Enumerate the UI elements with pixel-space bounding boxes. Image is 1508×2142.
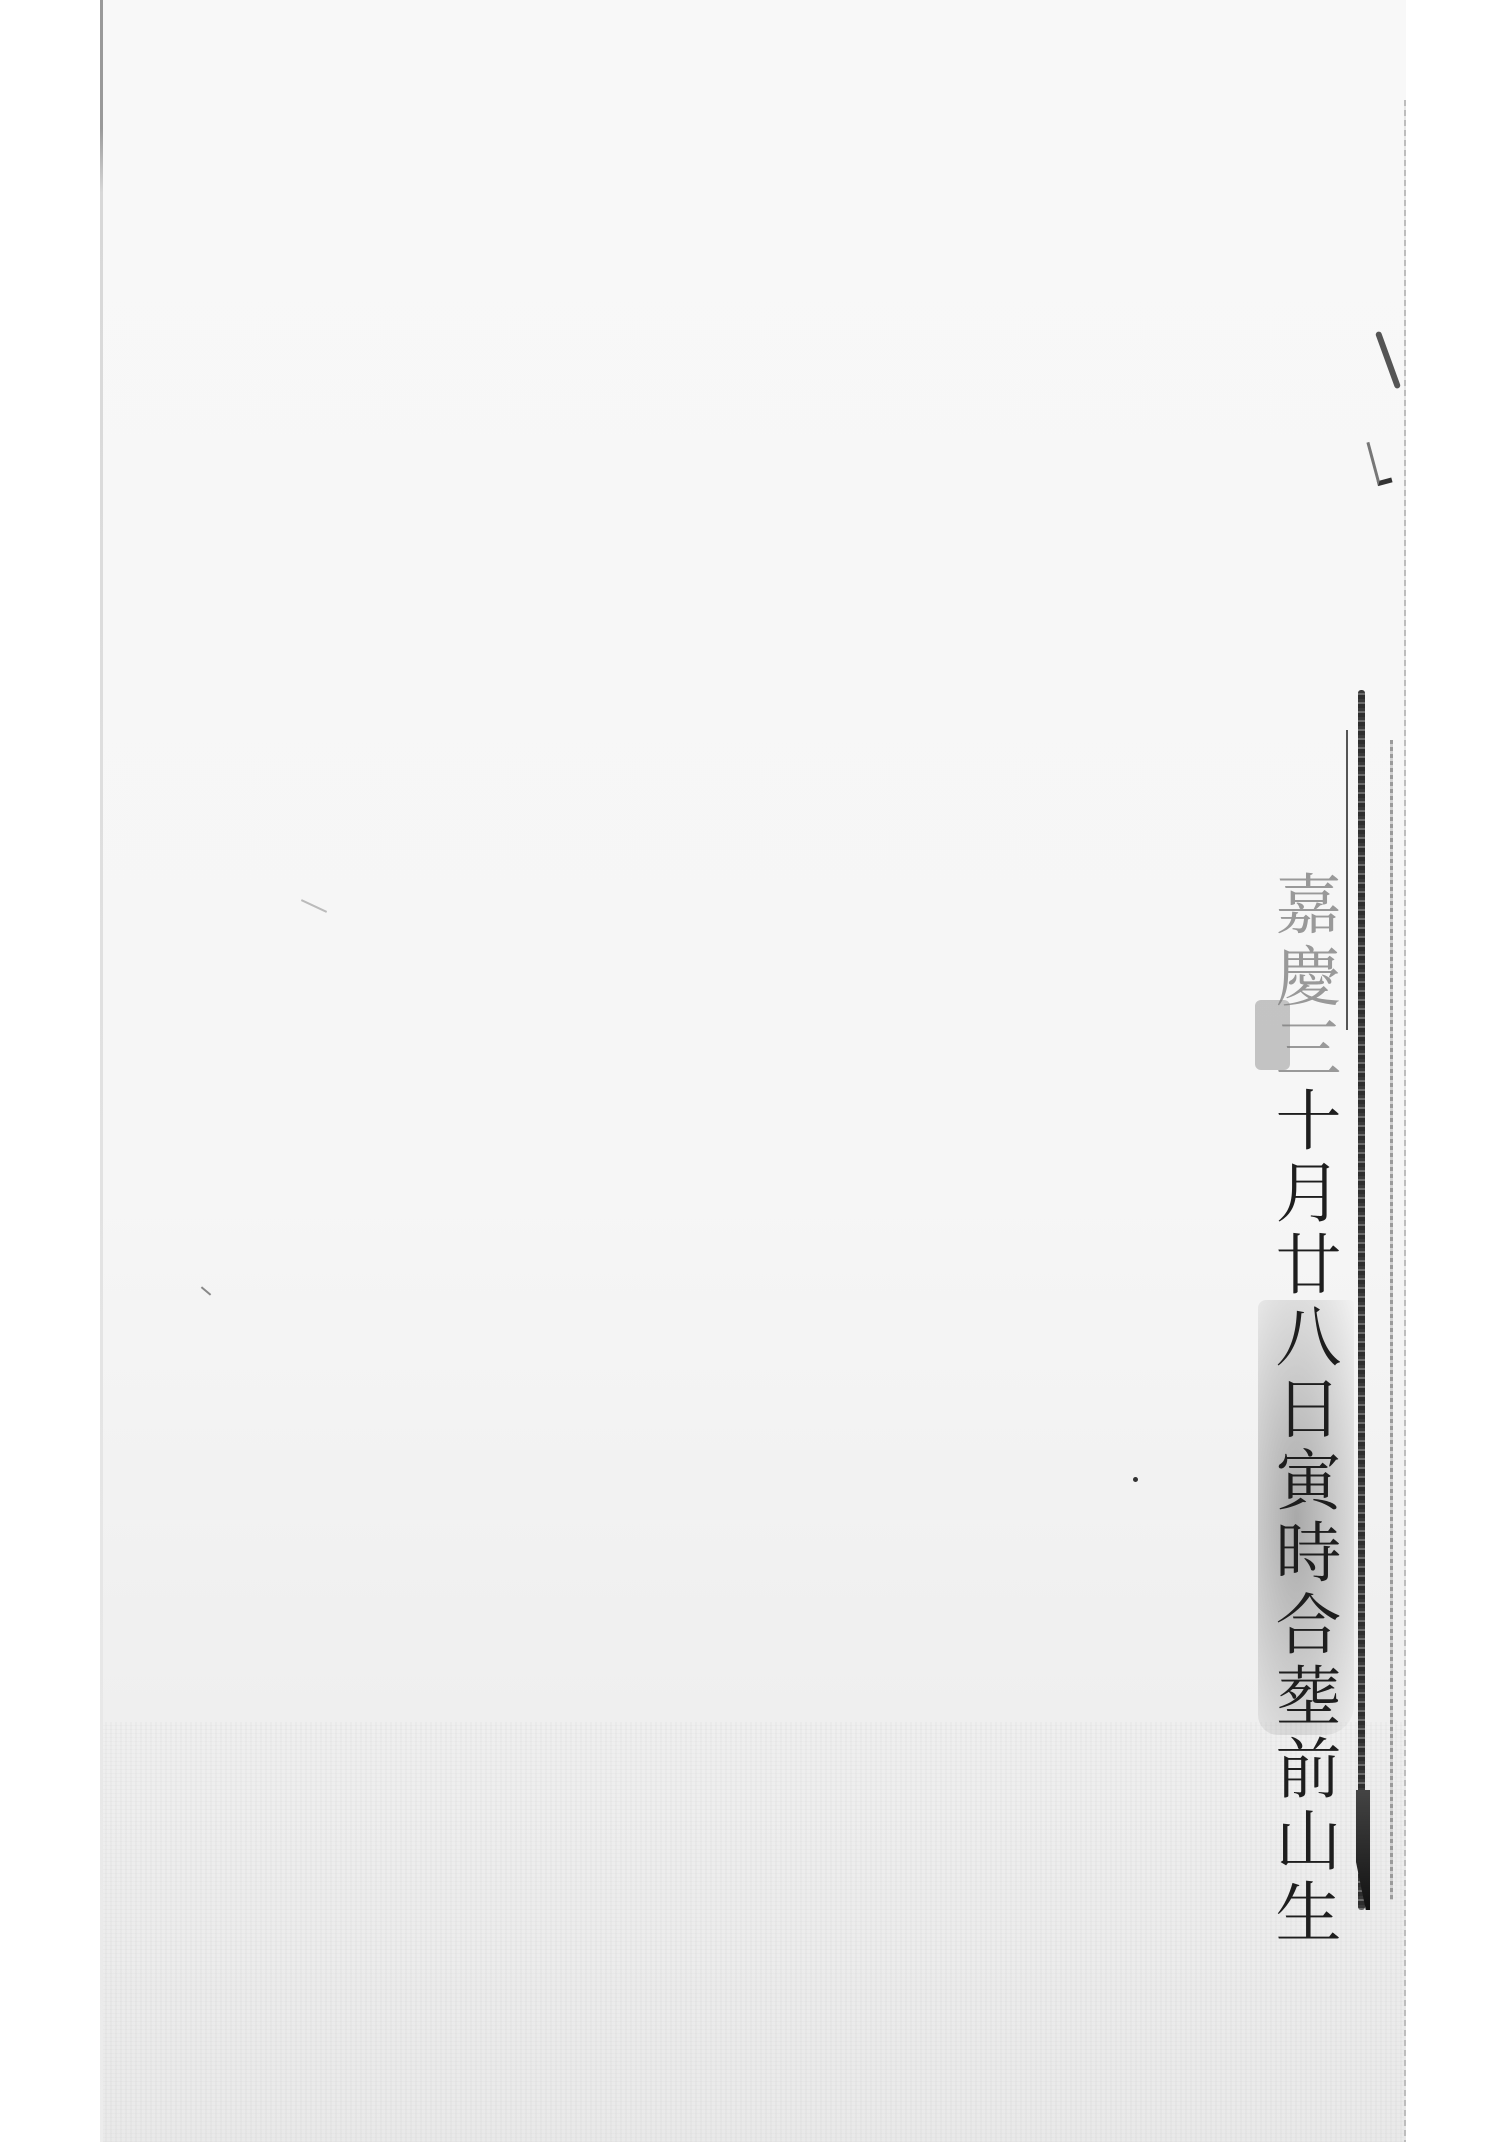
faint-text: 嘉慶三 bbox=[1264, 870, 1341, 1086]
column-rule-right bbox=[1390, 740, 1393, 1900]
main-text: 十月廿八日寅時合塟前山生 bbox=[1264, 1086, 1341, 1950]
document-page bbox=[100, 0, 1406, 2142]
page-left-edge bbox=[100, 0, 103, 2142]
page-right-edge bbox=[1404, 100, 1406, 2142]
column-border bbox=[1358, 690, 1365, 1910]
paper-speck bbox=[1133, 1477, 1138, 1482]
column-rule-inner bbox=[1346, 730, 1348, 1030]
vertical-text-column: 嘉慶三十月廿八日寅時合塟前山生 bbox=[1262, 870, 1342, 1950]
